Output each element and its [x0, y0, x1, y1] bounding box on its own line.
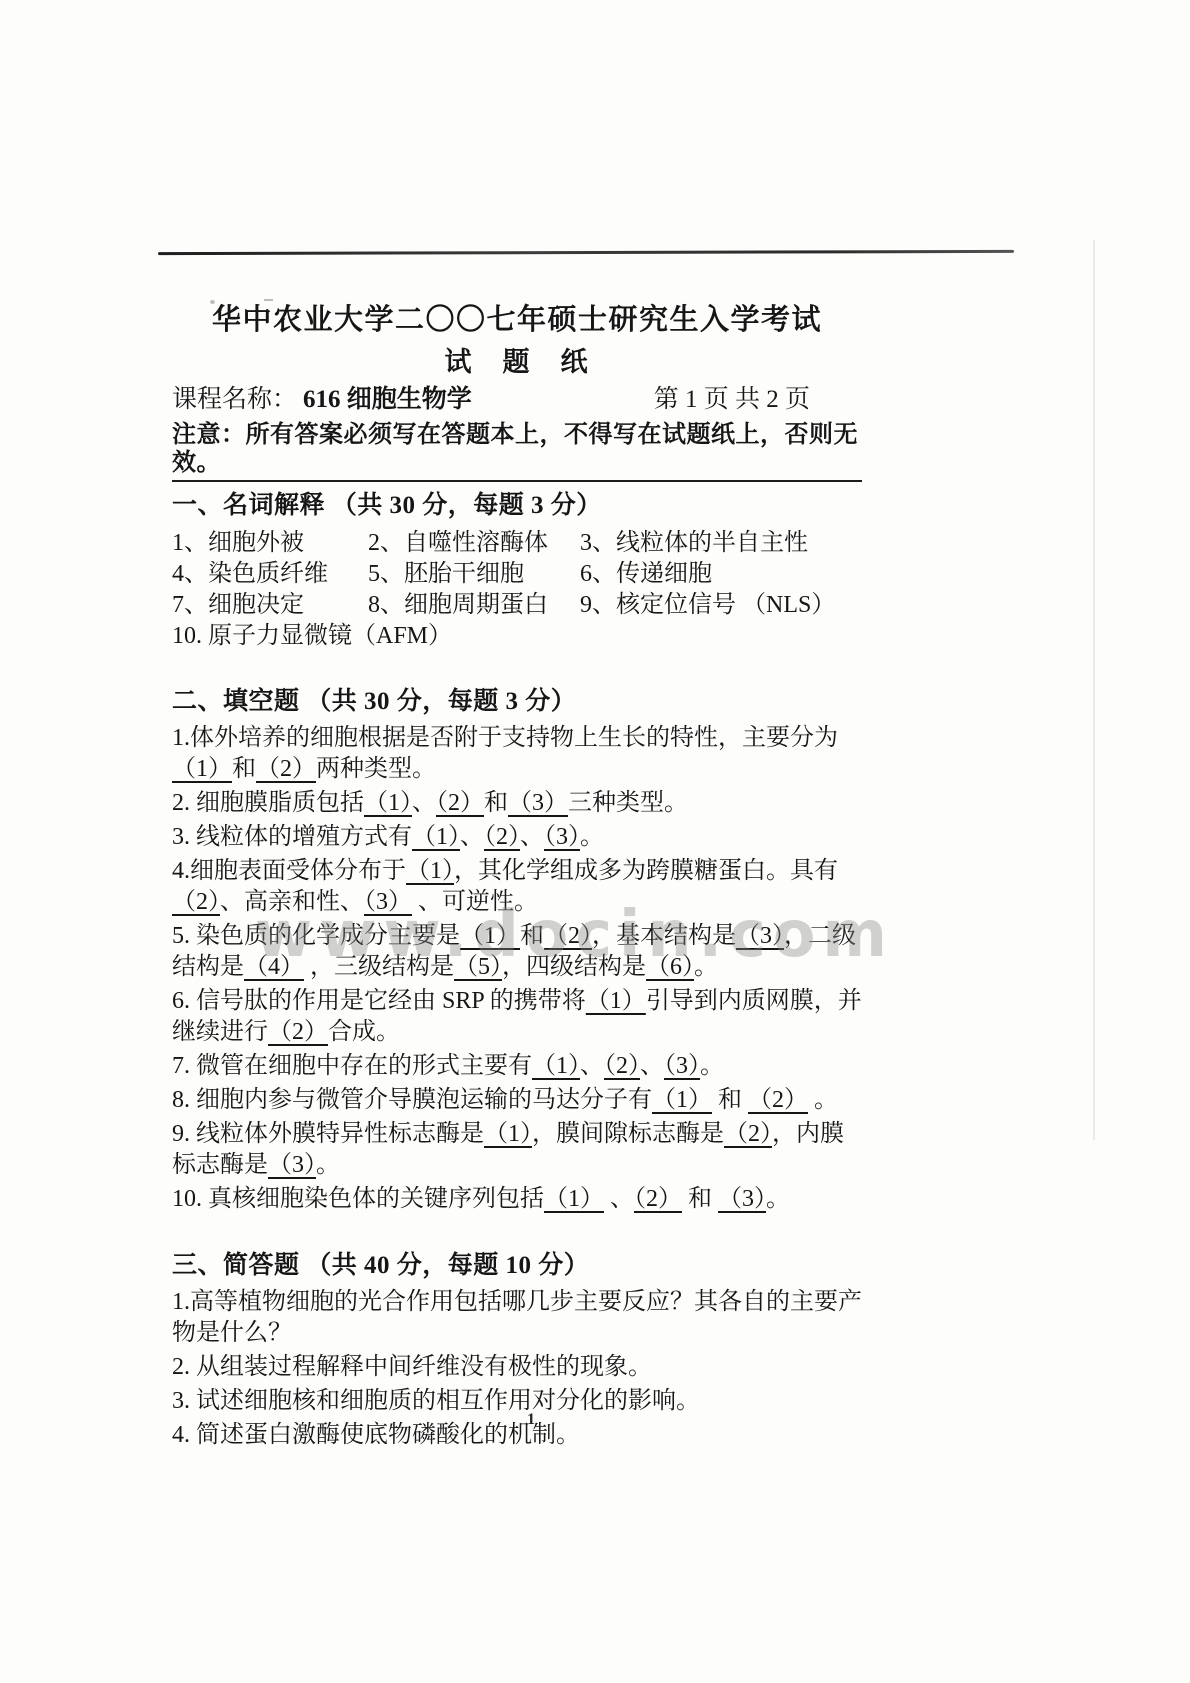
term-item: 4、染色质纤维: [172, 559, 368, 589]
course-name: 616 细胞生物学: [303, 386, 472, 414]
course-row: 课程名称： 616 细胞生物学 第 1 页 共 2 页: [172, 386, 862, 414]
fill-item: 5. 染色质的化学成分主要是（1）和（2），基本结构是（3），二级结构是（4） …: [172, 921, 862, 983]
term-item: 5、胚胎干细胞: [368, 559, 580, 589]
section-short-answer-heading: 三、简答题 （共 40 分，每题 10 分）: [172, 1251, 862, 1280]
term-item: 7、细胞决定: [172, 590, 368, 620]
course-label: 课程名称：: [172, 386, 297, 414]
short-answer-item: 4. 简述蛋白激酶使底物磷酸化的机制。: [172, 1420, 862, 1451]
scan-speck: [264, 299, 273, 301]
term-item: 8、细胞周期蛋白: [368, 590, 580, 620]
term-item: 9、核定位信号 （NLS）: [580, 590, 862, 620]
term-item: 3、线粒体的半自主性: [580, 528, 862, 558]
fill-item: 2. 细胞膜脂质包括（1）、（2）和（3）三种类型。: [172, 788, 862, 819]
terms-grid: 1、细胞外被 2、自噬性溶酶体 3、线粒体的半自主性 4、染色质纤维 5、胚胎干…: [172, 528, 862, 620]
fill-item: 7. 微管在细胞中存在的形式主要有（1）、（2）、（3）。: [172, 1051, 862, 1082]
term-item: 10. 原子力显微镜（AFM）: [172, 621, 862, 651]
section-fill-heading: 二、填空题 （共 30 分，每题 3 分）: [172, 687, 862, 716]
page-top-rule: [158, 250, 1014, 255]
page-indicator: 第 1 页 共 2 页: [654, 386, 810, 414]
fill-item: 10. 真核细胞染色体的关键序列包括（1） 、（2） 和 （3）。: [172, 1184, 862, 1215]
fill-item: 8. 细胞内参与微管介导膜泡运输的马达分子有（1） 和 （2） 。: [172, 1085, 862, 1116]
paper-label: 试 题 纸: [172, 347, 862, 377]
fill-item: 3. 线粒体的增殖方式有（1）、（2）、（3）。: [172, 822, 862, 853]
notice-line: 注意：所有答案必须写在答题本上，不得写在试题纸上，否则无效。: [172, 421, 862, 482]
section-terms-heading: 一、名词解释 （共 30 分，每题 3 分）: [172, 491, 862, 520]
short-answer-item: 3. 试述细胞核和细胞质的相互作用对分化的影响。: [172, 1386, 862, 1417]
fill-item: 6. 信号肽的作用是它经由 SRP 的携带将（1）引导到内质网膜，并继续进行（2…: [172, 986, 862, 1048]
fill-item: 1.体外培养的细胞根据是否附于支持物上生长的特性，主要分为（1）和（2）两种类型…: [172, 723, 862, 785]
term-item: 6、传递细胞: [580, 559, 862, 589]
term-item: 1、细胞外被: [172, 528, 368, 558]
fill-item: 9. 线粒体外膜特异性标志酶是（1），膜间隙标志酶是（2），内膜标志酶是（3）。: [172, 1119, 862, 1181]
page-number: 1: [527, 1411, 535, 1429]
fill-item: 4.细胞表面受体分布于（1），其化学组成多为跨膜糖蛋白。具有（2）、高亲和性、（…: [172, 856, 862, 918]
short-answer-item: 2. 从组装过程解释中间纤维没有极性的现象。: [172, 1352, 862, 1383]
short-answer-list: 1.高等植物细胞的光合作用包括哪几步主要反应？其各自的主要产物是什么？ 2. 从…: [172, 1287, 862, 1451]
scanned-exam-page: 华中农业大学二〇〇七年硕士研究生入学考试 试 题 纸 课程名称： 616 细胞生…: [0, 0, 1190, 1683]
term-item: 2、自噬性溶酶体: [368, 528, 580, 558]
exam-content: 华中农业大学二〇〇七年硕士研究生入学考试 试 题 纸 课程名称： 616 细胞生…: [172, 304, 862, 1451]
short-answer-item: 1.高等植物细胞的光合作用包括哪几步主要反应？其各自的主要产物是什么？: [172, 1287, 862, 1349]
exam-title: 华中农业大学二〇〇七年硕士研究生入学考试: [172, 304, 862, 337]
scan-edge-streak: [1093, 240, 1095, 1140]
fill-list: 1.体外培养的细胞根据是否附于支持物上生长的特性，主要分为（1）和（2）两种类型…: [172, 723, 862, 1215]
